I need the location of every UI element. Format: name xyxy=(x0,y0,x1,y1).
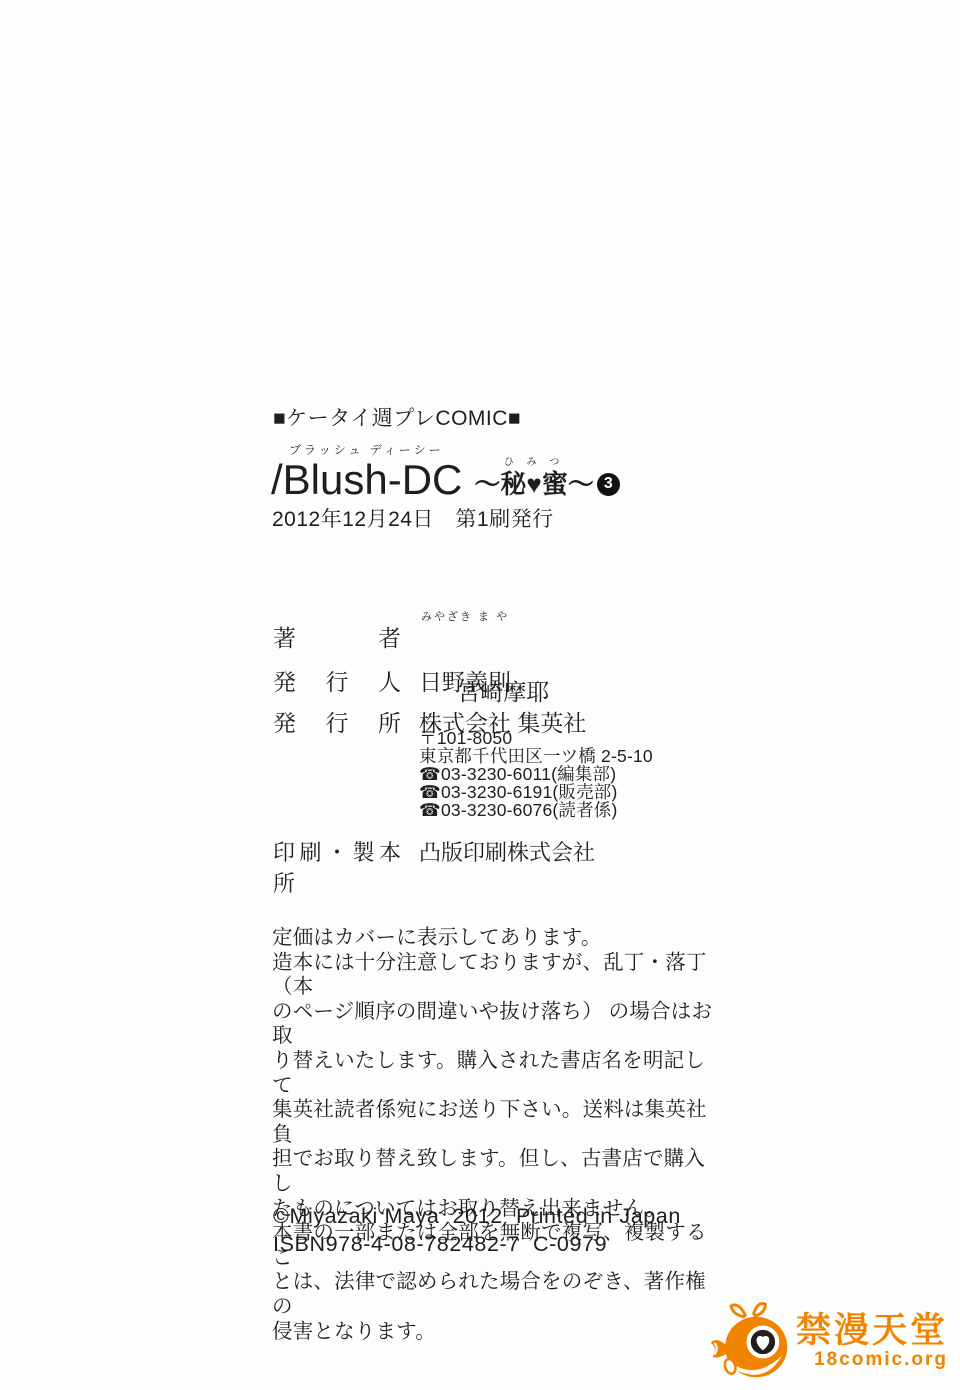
copyright-line: ©Miyazaki Maya 2012 Printed in Japan xyxy=(273,1204,681,1229)
author-furigana: みやざき ま や xyxy=(421,608,509,624)
subtitle-text: 秘♥蜜 xyxy=(500,469,567,499)
book-title: /Blush-DC xyxy=(271,459,462,501)
title-block: ブラッシュ ディーシー /Blush-DC ～ ひ み つ 秘♥蜜 ～ 3 xyxy=(271,441,620,501)
printer-label: 印刷・製本所 xyxy=(273,836,401,898)
printer-name: 凸版印刷株式会社 xyxy=(419,836,595,898)
phone-editorial: ☎03-3230-6011(編集部) xyxy=(419,765,653,783)
whale-mascot-icon xyxy=(710,1300,794,1384)
publisher-label: 発行所 xyxy=(273,705,401,738)
series-header: ■ケータイ週プレCOMIC■ xyxy=(273,402,521,432)
issuer-row: 発行人 日野義則 xyxy=(273,664,511,697)
colophon-page: ■ケータイ週プレCOMIC■ ブラッシュ ディーシー /Blush-DC ～ ひ… xyxy=(0,0,960,1390)
watermark-site-name: 禁漫天堂 xyxy=(796,1313,948,1348)
watermark-site-url: 18comic.org xyxy=(796,1349,948,1371)
subtitle-tilde-right: ～ xyxy=(568,471,594,497)
issuer-name: 日野義則 xyxy=(419,664,511,697)
watermark-logo: 禁漫天堂 18comic.org xyxy=(710,1300,948,1384)
printer-row: 印刷・製本所 凸版印刷株式会社 xyxy=(273,836,595,898)
subtitle-ruby: ひ み つ xyxy=(500,458,567,468)
publisher-address-block: 〒101-8050 東京都千代田区一ツ橋 2-5-10 ☎03-3230-601… xyxy=(419,729,653,819)
subtitle-tilde-left: ～ xyxy=(474,471,500,497)
phone-sales: ☎03-3230-6191(販売部) xyxy=(419,783,653,801)
volume-badge: 3 xyxy=(597,473,620,496)
address-line: 東京都千代田区一ツ橋 2-5-10 xyxy=(419,747,653,765)
phone-readers: ☎03-3230-6076(読者係) xyxy=(419,801,653,819)
issuer-label: 発行人 xyxy=(273,664,401,697)
book-subtitle: ～ ひ み つ 秘♥蜜 ～ 3 xyxy=(474,471,619,501)
legal-notice: 定価はカバーに表示してあります。 造本には十分注意しておりますが、乱丁・落丁（本… xyxy=(272,926,722,1344)
edition-date: 2012年12月24日 第1刷発行 xyxy=(272,503,554,533)
isbn-line: ISBN978-4-08-782482-7 C-0979 xyxy=(273,1232,607,1257)
postal-code: 〒101-8050 xyxy=(419,729,653,747)
